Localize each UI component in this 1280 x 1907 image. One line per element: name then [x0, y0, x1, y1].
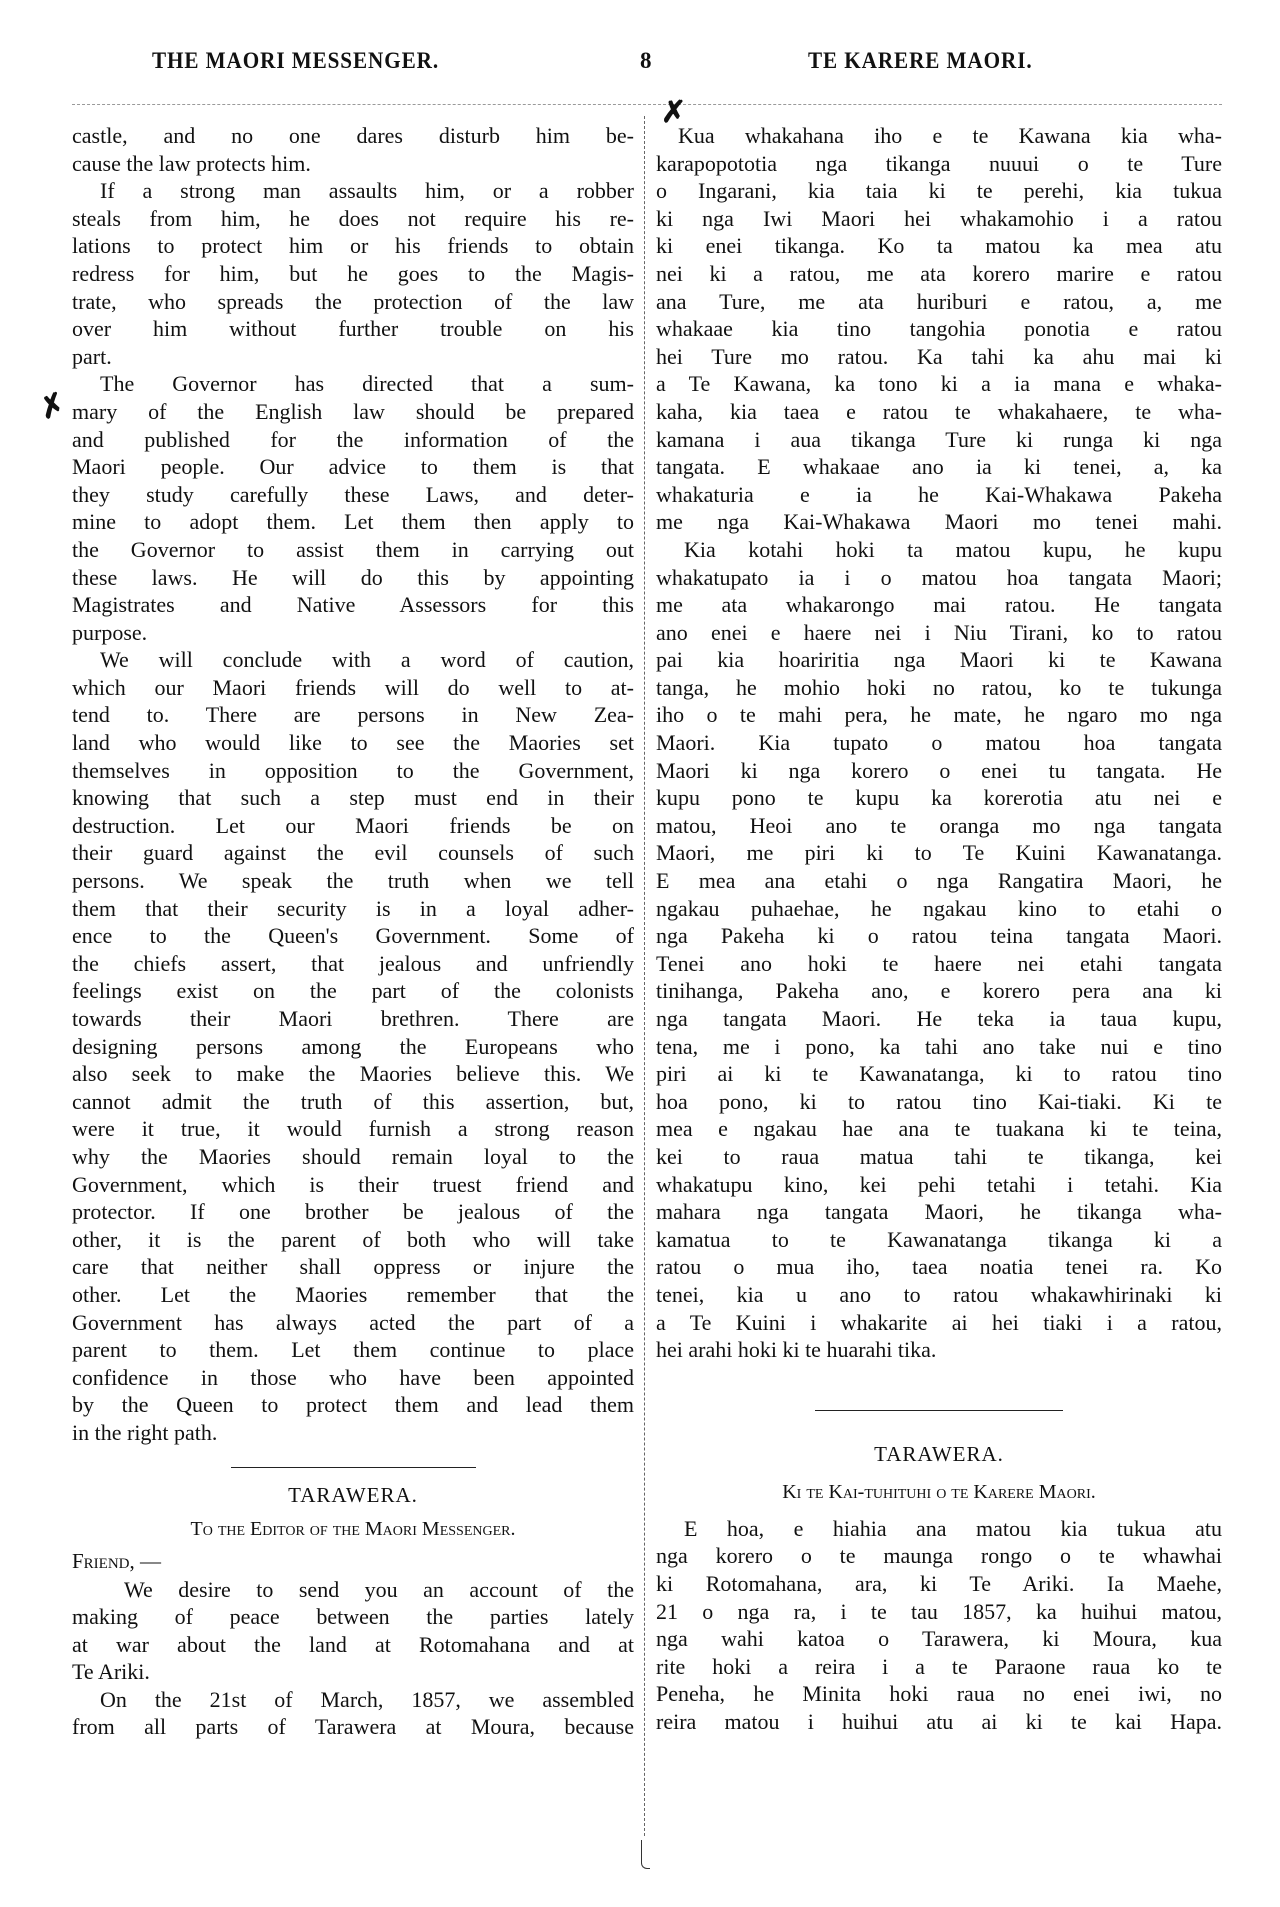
text-line: ence to the Queen's Government. Some of — [72, 922, 634, 950]
text-line: trate, who spreads the protection of the… — [72, 288, 634, 316]
text-line: Peneha, he Minita hoki raua no enei iwi,… — [656, 1680, 1222, 1708]
text-line: The Governor has directed that a sum- — [72, 370, 634, 398]
text-line: 21 o nga ra, i te tau 1857, ka huihui ma… — [656, 1598, 1222, 1626]
text-line: ana Ture, me ata huriburi e ratou, a, me — [656, 288, 1222, 316]
text-line: feelings exist on the part of the coloni… — [72, 977, 634, 1005]
text-line: which our Maori friends will do well to … — [72, 674, 634, 702]
text-line: towards their Maori brethren. There are — [72, 1005, 634, 1033]
text-line: mary of the English law should be prepar… — [72, 398, 634, 426]
column-end-flourish — [641, 1840, 650, 1869]
text-line: tenei, kia u ano to ratou whakawhirinaki… — [656, 1281, 1222, 1309]
text-line: by the Queen to protect them and lead th… — [72, 1391, 634, 1419]
masthead-english: THE MAORI MESSENGER. — [152, 48, 439, 74]
text-line: Maori, me piri ki to Te Kuini Kawanatang… — [656, 839, 1222, 867]
text-line: Te Ariki. — [72, 1658, 634, 1686]
spacer — [72, 1447, 634, 1467]
text-line: nei ki a ratou, me ata korero marire e r… — [656, 260, 1222, 288]
spacer — [656, 1364, 1222, 1410]
text-line: whakaae kia tino tangohia ponotia e rato… — [656, 315, 1222, 343]
text-line: tinihanga, Pakeha ano, e korero pera ana… — [656, 977, 1222, 1005]
text-line: kupu pono te kupu ka korerotia atu nei e — [656, 784, 1222, 812]
letter-salutation: Friend, — — [72, 1546, 634, 1576]
text-line: ano enei e haere nei i Niu Tirani, ko to… — [656, 619, 1222, 647]
english-article: castle, and no one dares disturb him be-… — [72, 122, 634, 1447]
text-line: hoa pono, ki to ratou tino Kai-tiaki. Ki… — [656, 1088, 1222, 1116]
text-line: tend to. There are persons in New Zea- — [72, 701, 634, 729]
text-line: whakaturia e ia he Kai-Whakawa Pakeha — [656, 481, 1222, 509]
text-line: iho o te mahi pera, he mate, he ngaro mo… — [656, 701, 1222, 729]
text-line: why the Maories should remain loyal to t… — [72, 1143, 634, 1171]
text-line: other, it is the parent of both who will… — [72, 1226, 634, 1254]
text-line: hei Ture mo ratou. Ka tahi ka ahu mai ki — [656, 343, 1222, 371]
text-line: nga tangata Maori. He teka ia taua kupu, — [656, 1005, 1222, 1033]
text-line: We will conclude with a word of caution, — [72, 646, 634, 674]
text-line: persons. We speak the truth when we tell — [72, 867, 634, 895]
english-column: castle, and no one dares disturb him be-… — [72, 122, 634, 1741]
text-line: other. Let the Maories remember that the — [72, 1281, 634, 1309]
text-line: whakatupato ia i o matou hoa tangata Mao… — [656, 564, 1222, 592]
text-line: reira matou i huihui atu ai ki te kai Ha… — [656, 1708, 1222, 1736]
text-line: protector. If one brother be jealous of … — [72, 1198, 634, 1226]
text-line: me ata whakarongo mai ratou. He tangata — [656, 591, 1222, 619]
text-line: they study carefully these Laws, and det… — [72, 481, 634, 509]
maori-article: Kua whakahana iho e te Kawana kia wha- k… — [656, 122, 1222, 1364]
text-line: hei arahi hoki ki te huarahi tika. — [656, 1336, 1222, 1364]
text-line: the chiefs assert, that jealous and unfr… — [72, 950, 634, 978]
text-line: were it true, it would furnish a strong … — [72, 1115, 634, 1143]
letter-body: We desire to send you an account of the … — [72, 1576, 634, 1742]
text-line: On the 21st of March, 1857, we assembled — [72, 1686, 634, 1714]
text-line: castle, and no one dares disturb him be- — [72, 122, 634, 150]
text-line: We desire to send you an account of the — [72, 1576, 634, 1604]
header-rule — [72, 104, 1222, 105]
text-line: redress for him, but he goes to the Magi… — [72, 260, 634, 288]
text-line: steals from him, he does not require his… — [72, 205, 634, 233]
text-line: karapopototia nga tikanga nuuui o te Tur… — [656, 150, 1222, 178]
text-line: tangata. E whakaae ano ia ki tenei, a, k… — [656, 453, 1222, 481]
spacer — [656, 1411, 1222, 1437]
text-line: cannot admit the truth of this assertion… — [72, 1088, 634, 1116]
section-heading: TARAWERA. — [656, 1437, 1222, 1471]
text-line: ratou o mua iho, taea noatia tenei ra. K… — [656, 1253, 1222, 1281]
text-line: tena, me i pono, ka tahi ano take nui e … — [656, 1033, 1222, 1061]
text-line: ki Rotomahana, ara, ki Te Ariki. Ia Maeh… — [656, 1570, 1222, 1598]
text-line: mahara nga tangata Maori, he tikanga wha… — [656, 1198, 1222, 1226]
text-line: Kia kotahi hoki ta matou kupu, he kupu — [656, 536, 1222, 564]
text-line: confidence in those who have been appoin… — [72, 1364, 634, 1392]
text-line: ngakau puhaehae, he ngakau kino to etahi… — [656, 895, 1222, 923]
text-line: lations to protect him or his friends to… — [72, 232, 634, 260]
column-divider — [644, 116, 645, 1836]
text-line: mine to adopt them. Let them then apply … — [72, 508, 634, 536]
text-line: destruction. Let our Maori friends be on — [72, 812, 634, 840]
text-line: Maori. Kia tupato o matou hoa tangata — [656, 729, 1222, 757]
text-line: a Te Kuini i whakarite ai hei tiaki i a … — [656, 1309, 1222, 1337]
text-line: the Governor to assist them in carrying … — [72, 536, 634, 564]
text-line: also seek to make the Maories believe th… — [72, 1060, 634, 1088]
text-line: mea e ngakau hae ana te tuakana ki te te… — [656, 1115, 1222, 1143]
text-line: kaha, kia taea e ratou te whakahaere, te… — [656, 398, 1222, 426]
text-line: from all parts of Tarawera at Moura, bec… — [72, 1713, 634, 1741]
letter-address: To the Editor of the Maori Messenger. — [72, 1512, 634, 1546]
text-line: matou, Heoi ano te oranga mo nga tangata — [656, 812, 1222, 840]
text-line: Kua whakahana iho e te Kawana kia wha- — [656, 122, 1222, 150]
text-line: cause the law protects him. — [72, 150, 634, 178]
text-line: Maori ki nga korero o enei tu tangata. H… — [656, 757, 1222, 785]
text-line: o Ingarani, kia taia ki te perehi, kia t… — [656, 177, 1222, 205]
text-line: themselves in opposition to the Governme… — [72, 757, 634, 785]
text-line: knowing that such a step must end in the… — [72, 784, 634, 812]
text-line: nga wahi katoa o Tarawera, ki Moura, kua — [656, 1625, 1222, 1653]
text-line: in the right path. — [72, 1419, 634, 1447]
text-line: ki enei tikanga. Ko ta matou ka mea atu — [656, 232, 1222, 260]
spacer — [72, 1468, 634, 1478]
text-line: them that their security is in a loyal a… — [72, 895, 634, 923]
text-line: me nga Kai-Whakawa Maori mo tenei mahi. — [656, 508, 1222, 536]
text-line: a Te Kawana, ka tono ki a ia mana e whak… — [656, 370, 1222, 398]
text-line: Government, which is their truest friend… — [72, 1171, 634, 1199]
masthead-maori: TE KARERE MAORI. — [808, 48, 1033, 74]
text-line: Tenei ano hoki te haere nei etahi tangat… — [656, 950, 1222, 978]
text-line: pai kia hoariritia nga Maori ki te Kawan… — [656, 646, 1222, 674]
text-line: piri ai ki te Kawanatanga, ki to ratou t… — [656, 1060, 1222, 1088]
text-line: ki nga Iwi Maori hei whakamohio i a rato… — [656, 205, 1222, 233]
maori-column: Kua whakahana iho e te Kawana kia wha- k… — [656, 122, 1222, 1735]
text-line: care that neither shall oppress or injur… — [72, 1253, 634, 1281]
text-line: nga Pakeha ki o ratou teina tangata Maor… — [656, 922, 1222, 950]
page-number: 8 — [640, 48, 652, 74]
text-line: at war about the land at Rotomahana and … — [72, 1631, 634, 1659]
text-line: land who would like to see the Maories s… — [72, 729, 634, 757]
letter-address: Ki te Kai-tuhituhi o te Karere Maori. — [656, 1475, 1222, 1509]
text-line: these laws. He will do this by appointin… — [72, 564, 634, 592]
text-line: tanga, he mohio hoki no ratou, ko te tuk… — [656, 674, 1222, 702]
text-line: If a strong man assaults him, or a robbe… — [72, 177, 634, 205]
section-heading: TARAWERA. — [72, 1478, 634, 1512]
text-line: purpose. — [72, 619, 634, 647]
text-line: kamana i aua tikanga Ture ki runga ki ng… — [656, 426, 1222, 454]
text-line: kamatua to te Kawanatanga tikanga ki a — [656, 1226, 1222, 1254]
text-line: Government has always acted the part of … — [72, 1309, 634, 1337]
margin-cross-mark-icon: ✗ — [36, 389, 70, 426]
text-line: designing persons among the Europeans wh… — [72, 1033, 634, 1061]
text-line: part. — [72, 343, 634, 371]
text-line: Maori people. Our advice to them is that — [72, 453, 634, 481]
text-line: rite hoki a reira i a te Paraone raua ko… — [656, 1653, 1222, 1681]
text-line: making of peace between the parties late… — [72, 1603, 634, 1631]
text-line: and published for the information of the — [72, 426, 634, 454]
page-header: THE MAORI MESSENGER. 8 TE KARERE MAORI. — [0, 48, 1280, 88]
text-line: kei to raua matua tahi te tikanga, kei — [656, 1143, 1222, 1171]
text-line: parent to them. Let them continue to pla… — [72, 1336, 634, 1364]
text-line: Magistrates and Native Assessors for thi… — [72, 591, 634, 619]
text-line: their guard against the evil counsels of… — [72, 839, 634, 867]
text-line: E mea ana etahi o nga Rangatira Maori, h… — [656, 867, 1222, 895]
letter-body: E hoa, e hiahia ana matou kia tukua atu … — [656, 1515, 1222, 1736]
text-line: nga korero o te maunga rongo o te whawha… — [656, 1542, 1222, 1570]
text-line: whakatupu kino, kei pehi tetahi i tetahi… — [656, 1171, 1222, 1199]
text-line: over him without further trouble on his — [72, 315, 634, 343]
text-line: E hoa, e hiahia ana matou kia tukua atu — [656, 1515, 1222, 1543]
